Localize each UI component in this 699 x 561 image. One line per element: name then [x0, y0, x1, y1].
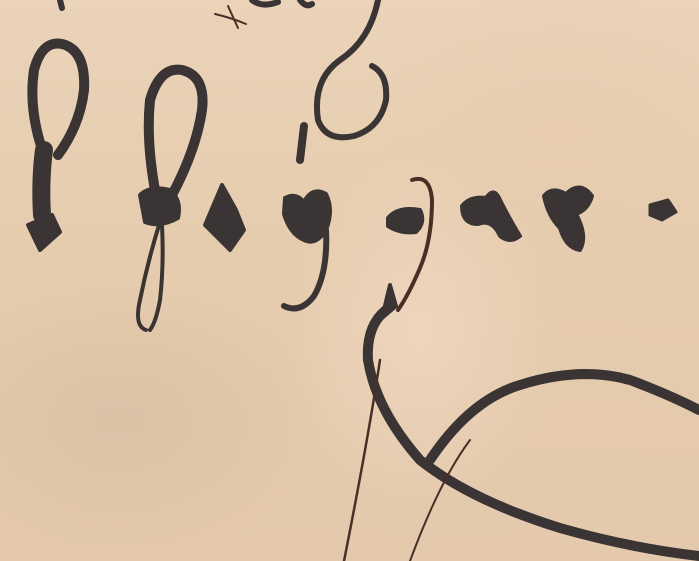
letter-4	[284, 191, 330, 241]
handwriting-ink	[0, 0, 699, 561]
letter-6	[462, 192, 520, 240]
upper-flourish	[317, 0, 386, 137]
letter-7	[544, 187, 592, 250]
letter-3	[205, 185, 244, 250]
manuscript-photo: Ssigrax.	[0, 0, 699, 561]
thin-stroke-left	[344, 360, 380, 561]
descender-flourish	[368, 310, 699, 556]
letter-2-loop	[149, 70, 203, 195]
letter-1-loop	[32, 44, 84, 155]
top-stroke-fragment	[60, 0, 62, 8]
period-mark	[650, 200, 676, 220]
letter-5	[388, 209, 422, 232]
lower-right-curve	[430, 374, 699, 460]
